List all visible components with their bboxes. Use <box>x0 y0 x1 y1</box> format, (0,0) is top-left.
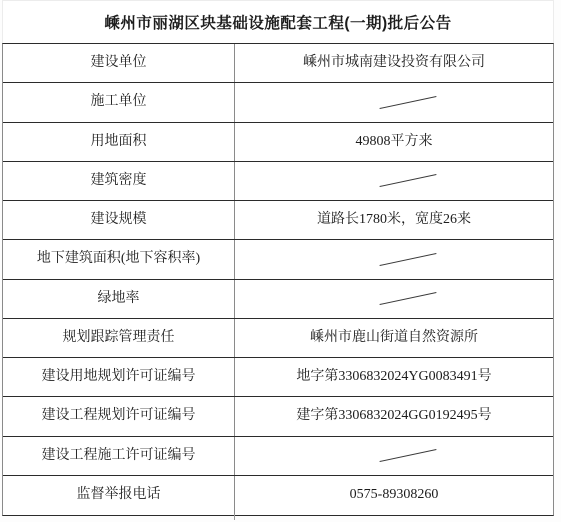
approval-notice: 嵊州市丽湖区块基础设施配套工程(一期)批后公告 建设单位 嵊州市城南建设投资有限… <box>2 0 554 516</box>
row-label: 地下建筑面积(地下容积率) <box>3 240 235 278</box>
row-value: 嵊州市城南建设投资有限公司 <box>235 44 553 82</box>
table-row-construction-permit-no: 建设工程施工许可证编号 <box>3 437 553 476</box>
table-row-green-ratio: 绿地率 <box>3 280 553 319</box>
row-value-empty <box>235 280 553 318</box>
row-value: 道路长1780米，宽度26来 <box>235 201 553 239</box>
row-value-empty <box>235 83 553 121</box>
row-label: 建设规模 <box>3 201 235 239</box>
notice-title-box: 嵊州市丽湖区块基础设施配套工程(一期)批后公告 <box>2 0 554 43</box>
row-value-empty <box>235 240 553 278</box>
row-label: 建设工程施工许可证编号 <box>3 437 235 475</box>
slash-mark <box>380 449 437 462</box>
slash-mark <box>380 174 437 187</box>
row-value: 建字第3306832024GG0192495号 <box>235 397 553 435</box>
row-label: 建设工程规划许可证编号 <box>3 397 235 435</box>
slash-mark <box>380 253 437 266</box>
table-row-report-phone: 监督举报电话 0575-89308260 <box>3 476 553 515</box>
slash-mark <box>380 96 437 109</box>
table-row-planning-tracking: 规划跟踪管理责任 嵊州市鹿山街道自然资源所 <box>3 319 553 358</box>
row-value-empty <box>235 437 553 475</box>
row-label: 建设用地规划许可证编号 <box>3 358 235 396</box>
row-label: 用地面积 <box>3 123 235 161</box>
row-label: 施工单位 <box>3 83 235 121</box>
row-label: 绿地率 <box>3 280 235 318</box>
table-row-underground-area: 地下建筑面积(地下容积率) <box>3 240 553 279</box>
row-value: 地字第3306832024YG0083491号 <box>235 358 553 396</box>
notice-screenshot: 嵊州市丽湖区块基础设施配套工程(一期)批后公告 建设单位 嵊州市城南建设投资有限… <box>0 0 561 522</box>
table-row-construction-scale: 建设规模 道路长1780米，宽度26来 <box>3 201 553 240</box>
row-label: 规划跟踪管理责任 <box>3 319 235 357</box>
column-divider-tail <box>234 514 235 520</box>
notice-title: 嵊州市丽湖区块基础设施配套工程(一期)批后公告 <box>104 11 451 33</box>
table-row-land-permit-no: 建设用地规划许可证编号 地字第3306832024YG0083491号 <box>3 358 553 397</box>
table-row-construction-unit: 建设单位 嵊州市城南建设投资有限公司 <box>3 44 553 83</box>
row-label: 建筑密度 <box>3 162 235 200</box>
row-value-empty <box>235 162 553 200</box>
row-value: 嵊州市鹿山街道自然资源所 <box>235 319 553 357</box>
row-value: 49808平方来 <box>235 123 553 161</box>
row-label: 建设单位 <box>3 44 235 82</box>
table-row-land-area: 用地面积 49808平方来 <box>3 123 553 162</box>
slash-mark <box>380 292 437 305</box>
row-label: 监督举报电话 <box>3 476 235 515</box>
table-row-contractor-unit: 施工单位 <box>3 83 553 122</box>
row-value: 0575-89308260 <box>235 476 553 515</box>
table-row-building-density: 建筑密度 <box>3 162 553 201</box>
notice-table: 建设单位 嵊州市城南建设投资有限公司 施工单位 用地面积 49808平方来 建筑… <box>2 43 554 516</box>
table-row-project-permit-no: 建设工程规划许可证编号 建字第3306832024GG0192495号 <box>3 397 553 436</box>
